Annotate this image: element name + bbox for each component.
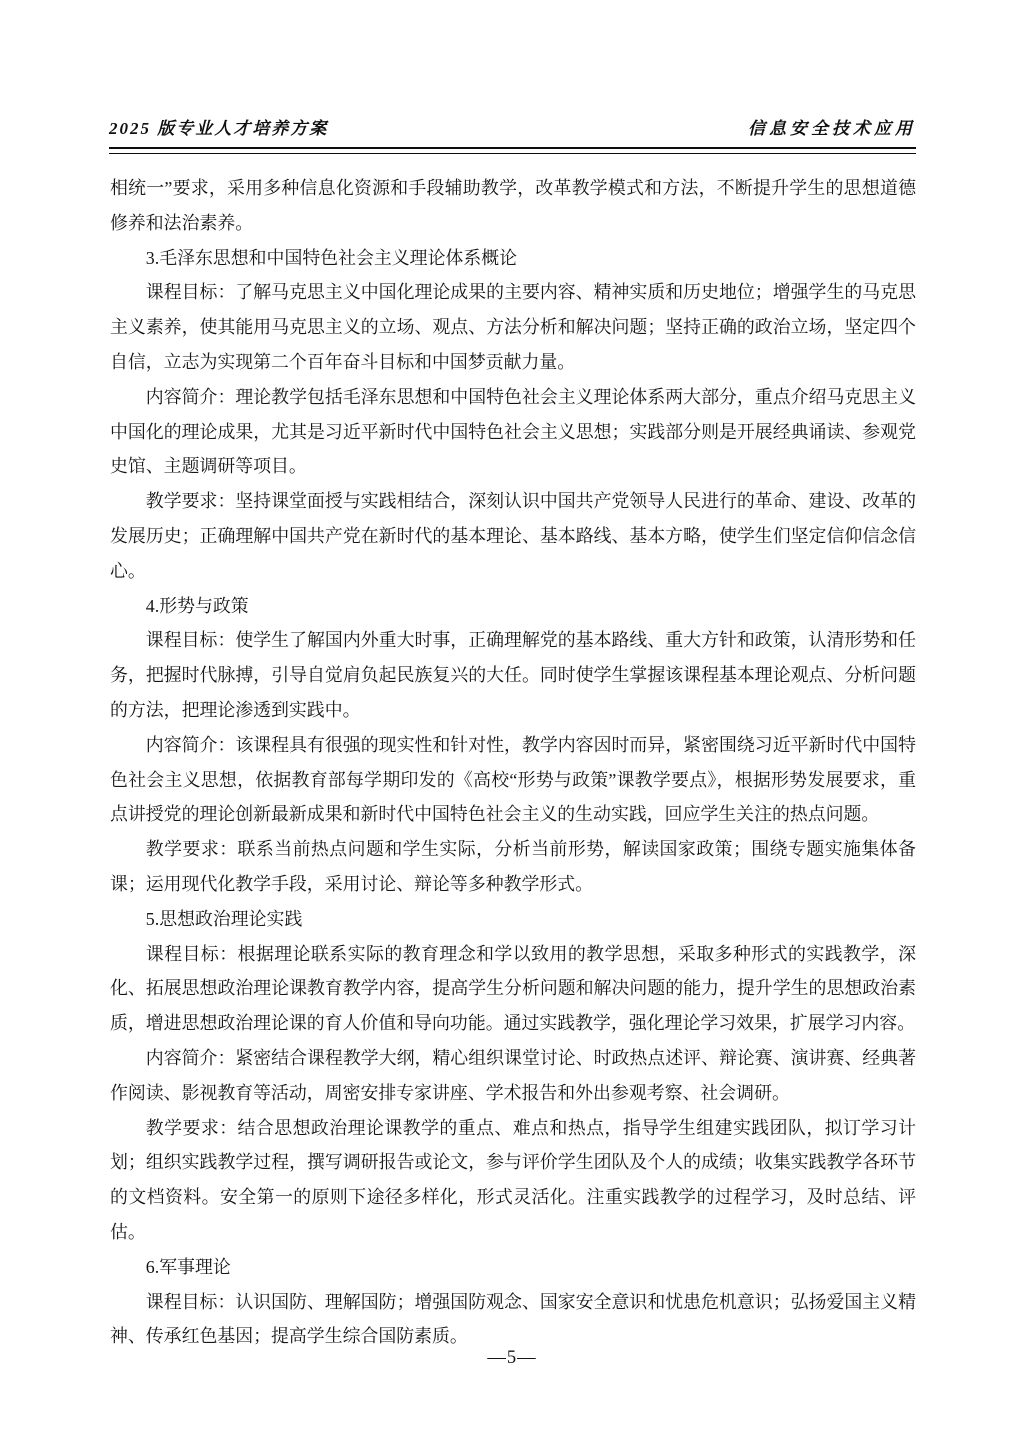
page-number: —5— bbox=[487, 1348, 536, 1368]
course-3-requirements-paragraph: 教学要求：坚持课堂面授与实践相结合，深刻认识中国共产党领导人民进行的革命、建设、… bbox=[110, 484, 916, 588]
document-page: 2025 版专业人才培养方案 信息安全技术应用 相统一”要求，采用多种信息化资源… bbox=[0, 0, 1024, 1448]
course-4-requirements-paragraph: 教学要求：联系当前热点问题和学生实际，分析当前形势，解读国家政策；围绕专题实施集… bbox=[110, 832, 916, 902]
course-5-goals-paragraph: 课程目标：根据理论联系实际的教育理念和学以致用的教学思想，采取多种形式的实践教学… bbox=[110, 937, 916, 1041]
header-major-title: 信息安全技术应用 bbox=[748, 118, 916, 140]
paragraph-continuation: 相统一”要求，采用多种信息化资源和手段辅助教学，改革教学模式和方法，不断提升学生… bbox=[110, 171, 916, 241]
course-5-requirements-paragraph: 教学要求：结合思想政治理论课教学的重点、难点和热点，指导学生组建实践团队，拟订学… bbox=[110, 1111, 916, 1250]
course-5-intro-paragraph: 内容简介：紧密结合课程教学大纲，精心组织课堂讨论、时政热点述评、辩论赛、演讲赛、… bbox=[110, 1041, 916, 1111]
header-double-rule bbox=[109, 147, 916, 154]
course-4-intro-paragraph: 内容简介：该课程具有很强的现实性和针对性，教学内容因时而异，紧密围绕习近平新时代… bbox=[110, 728, 916, 832]
section-heading-course-3: 3.毛泽东思想和中国特色社会主义理论体系概论 bbox=[110, 241, 916, 276]
course-4-goals-paragraph: 课程目标：使学生了解国内外重大时事，正确理解党的基本路线、重大方针和政策，认清形… bbox=[110, 623, 916, 727]
document-body: 相统一”要求，采用多种信息化资源和手段辅助教学，改革教学模式和方法，不断提升学生… bbox=[110, 171, 916, 1354]
header-plan-title: 2025 版专业人才培养方案 bbox=[109, 118, 328, 140]
page-header: 2025 版专业人才培养方案 信息安全技术应用 bbox=[109, 118, 916, 140]
section-heading-course-6: 6.军事理论 bbox=[110, 1250, 916, 1285]
course-3-intro-paragraph: 内容简介：理论教学包括毛泽东思想和中国特色社会主义理论体系两大部分，重点介绍马克… bbox=[110, 380, 916, 484]
section-heading-course-5: 5.思想政治理论实践 bbox=[110, 902, 916, 937]
course-6-goals-paragraph: 课程目标：认识国防、理解国防；增强国防观念、国家安全意识和忧患危机意识；弘扬爱国… bbox=[110, 1285, 916, 1355]
page-footer: —5— bbox=[0, 1348, 1024, 1369]
course-3-goals-paragraph: 课程目标：了解马克思主义中国化理论成果的主要内容、精神实质和历史地位；增强学生的… bbox=[110, 275, 916, 379]
section-heading-course-4: 4.形势与政策 bbox=[110, 589, 916, 624]
